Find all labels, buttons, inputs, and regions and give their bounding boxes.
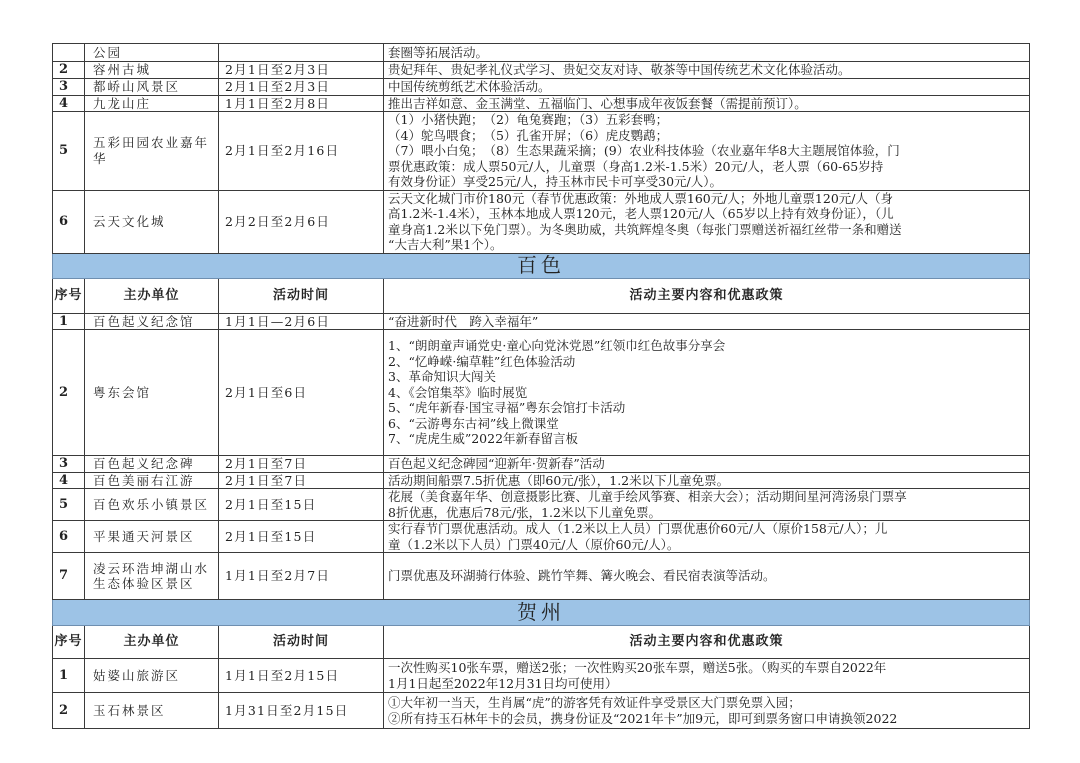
content-cell: 百色起义纪念碑园“迎新年·贺新春”活动 [384,456,1030,473]
content-line: 有效身份证）享受25元/人，持玉林市民卡可享受30元/人）。 [388,174,1025,190]
table-row: 2玉石林景区1月31日至2月15日①大年初一当天，生肖属“虎”的游客凭有效证件享… [53,693,1030,729]
content-line: ①大年初一当天，生肖属“虎”的游客凭有效证件享受景区大门票免票入园； [388,695,1025,711]
row-number: 5 [53,489,85,521]
content-line: 高1.2米-1.4米），玉林本地成人票120元，老人票120元/人（65岁以上持… [388,206,1025,222]
time-cell: 1月31日至2月15日 [219,693,384,729]
row-number: 2 [53,62,85,79]
organizer-cell: 百色起义纪念馆 [85,313,219,330]
content-cell: “奋进新时代 跨入幸福年” [384,313,1030,330]
content-line: 票优惠政策：成人票50元/人，儿童票（身高1.2米-1.5米）20元/人，老人票… [388,159,1025,175]
organizer-cell: 都峤山风景区 [85,79,219,96]
organizer-cell: 云天文化城 [85,190,219,253]
content-line: 一次性购买10张车票，赠送2张；一次性购买20张车票，赠送5张。（购买的车票自2… [388,660,1025,676]
organizer-cell: 平果通天河景区 [85,521,219,553]
organizer-cell: 五彩田园农业嘉年华 [85,112,219,191]
content-line: 童身高1.2米以下免门票）。为冬奥助威，共筑辉煌冬奥（每张门票赠送祈福红丝带一条… [388,222,1025,238]
content-cell: 中国传统剪纸艺术体验活动。 [384,79,1030,96]
table-row: 2粤东会馆2月1日至6日1、“朗朗童声诵党史·童心向党沐党恩”红领巾红色故事分享… [53,330,1030,456]
row-number: 4 [53,95,85,112]
time-cell: 2月1日至2月3日 [219,79,384,96]
time-cell: 1月1日—2月6日 [219,313,384,330]
content-line: 7、“虎虎生威”2022年新春留言板 [388,431,1025,447]
content-line: 中国传统剪纸艺术体验活动。 [388,79,1025,95]
row-number [53,44,85,62]
section-title: 贺州 [53,600,1030,626]
row-number: 2 [53,693,85,729]
time-cell: 2月1日至15日 [219,521,384,553]
content-line: 云天文化城门市价180元（春节优惠政策：外地成人票160元/人；外地儿童票120… [388,191,1025,207]
content-line: “大吉大利”果1个）。 [388,237,1025,253]
content-line: “奋进新时代 跨入幸福年” [388,314,1025,330]
section-banner: 百色 [53,253,1030,278]
row-number: 7 [53,553,85,600]
section-banner: 贺州 [53,600,1030,626]
content-line: 花展（美食嘉年华、创意摄影比赛、儿童手绘风筝赛、相亲大会）；活动期间星河湾汤泉门… [388,489,1025,505]
row-number: 2 [53,330,85,456]
organizer-cell: 姑婆山旅游区 [85,659,219,693]
header-time: 活动时间 [219,278,384,313]
row-number: 5 [53,112,85,191]
organizer-cell: 九龙山庄 [85,95,219,112]
header-number: 序号 [53,278,85,313]
organizer-cell: 粤东会馆 [85,330,219,456]
header-content: 活动主要内容和优惠政策 [384,626,1030,659]
content-line: 5、“虎年新春·国宝寻福”粤东会馆打卡活动 [388,400,1025,416]
organizer-cell: 百色美丽右江游 [85,472,219,489]
row-number: 1 [53,313,85,330]
content-cell: 推出吉祥如意、金玉满堂、五福临门、心想事成年夜饭套餐（需提前预订）。 [384,95,1030,112]
table-row: 5百色欢乐小镇景区2月1日至15日花展（美食嘉年华、创意摄影比赛、儿童手绘风筝赛… [53,489,1030,521]
row-number: 4 [53,472,85,489]
content-line: 1月1日起至2022年12月31日均可使用） [388,676,1025,692]
row-number: 3 [53,456,85,473]
table-row: 3百色起义纪念碑2月1日至7日百色起义纪念碑园“迎新年·贺新春”活动 [53,456,1030,473]
content-line: 2、“忆峥嵘·编草鞋”红色体验活动 [388,354,1025,370]
organizer-cell: 百色起义纪念碑 [85,456,219,473]
content-line: 套圈等拓展活动。 [388,45,1025,61]
table-row: 5五彩田园农业嘉年华2月1日至2月16日（1）小猪快跑； （2）龟兔赛跑；（3）… [53,112,1030,191]
content-cell: （1）小猪快跑； （2）龟兔赛跑；（3）五彩套鸭；（4）鸵鸟喂食； （5）孔雀开… [384,112,1030,191]
organizer-cell: 公园 [85,44,219,62]
time-cell: 2月1日至6日 [219,330,384,456]
content-line: 1、“朗朗童声诵党史·童心向党沐党恩”红领巾红色故事分享会 [388,338,1025,354]
content-line: 8折优惠，优惠后78元/张，1.2米以下儿童免票。 [388,505,1025,521]
table-row: 公园套圈等拓展活动。 [53,44,1030,62]
activities-table: 公园套圈等拓展活动。2容州古城2月1日至2月3日贵妃拜年、贵妃孝礼仪式学习、贵妃… [52,43,1030,729]
organizer-cell: 容州古城 [85,62,219,79]
content-cell: 门票优惠及环湖骑行体验、跳竹竿舞、篝火晚会、看民宿表演等活动。 [384,553,1030,600]
content-cell: 实行春节门票优惠活动。成人（1.2米以上人员）门票优惠价60元/人（原价158元… [384,521,1030,553]
content-line: 门票优惠及环湖骑行体验、跳竹竿舞、篝火晚会、看民宿表演等活动。 [388,568,1025,584]
content-line: 推出吉祥如意、金玉满堂、五福临门、心想事成年夜饭套餐（需提前预订）。 [388,96,1025,112]
table-row: 6云天文化城2月2日至2月6日云天文化城门市价180元（春节优惠政策：外地成人票… [53,190,1030,253]
content-cell: 贵妃拜年、贵妃孝礼仪式学习、贵妃交友对诗、敬茶等中国传统艺术文化体验活动。 [384,62,1030,79]
table-row: 1百色起义纪念馆1月1日—2月6日“奋进新时代 跨入幸福年” [53,313,1030,330]
row-number: 6 [53,190,85,253]
row-number: 1 [53,659,85,693]
content-line: ②所有持玉石林年卡的会员，携身份证及“2021年卡”加9元，即可到票务窗口申请换… [388,711,1025,727]
content-line: 4、《会馆集萃》临时展览 [388,385,1025,401]
table-row: 2容州古城2月1日至2月3日贵妃拜年、贵妃孝礼仪式学习、贵妃交友对诗、敬茶等中国… [53,62,1030,79]
content-cell: 花展（美食嘉年华、创意摄影比赛、儿童手绘风筝赛、相亲大会）；活动期间星河湾汤泉门… [384,489,1030,521]
content-line: 3、革命知识大闯关 [388,369,1025,385]
row-number: 3 [53,79,85,96]
time-cell: 2月1日至7日 [219,456,384,473]
content-cell: ①大年初一当天，生肖属“虎”的游客凭有效证件享受景区大门票免票入园；②所有持玉石… [384,693,1030,729]
time-cell: 1月1日至2月8日 [219,95,384,112]
header-organizer: 主办单位 [85,626,219,659]
table-row: 3都峤山风景区2月1日至2月3日中国传统剪纸艺术体验活动。 [53,79,1030,96]
content-line: 贵妃拜年、贵妃孝礼仪式学习、贵妃交友对诗、敬茶等中国传统艺术文化体验活动。 [388,62,1025,78]
content-line: （7）喂小白兔； （8）生态果蔬采摘；(9）农业科技体验（农业嘉年华8大主题展馆… [388,143,1025,159]
table-row: 1姑婆山旅游区1月1日至2月15日一次性购买10张车票，赠送2张；一次性购买20… [53,659,1030,693]
content-line: （4）鸵鸟喂食； （5）孔雀开屏；（6）虎皮鹦鹉； [388,128,1025,144]
time-cell: 1月1日至2月15日 [219,659,384,693]
time-cell [219,44,384,62]
time-cell: 2月2日至2月6日 [219,190,384,253]
content-cell: 活动期间船票7.5折优惠（即60元/张），1.2米以下儿童免票。 [384,472,1030,489]
section-title: 百色 [53,253,1030,278]
time-cell: 1月1日至2月7日 [219,553,384,600]
time-cell: 2月1日至15日 [219,489,384,521]
header-content: 活动主要内容和优惠政策 [384,278,1030,313]
organizer-cell: 玉石林景区 [85,693,219,729]
organizer-cell: 百色欢乐小镇景区 [85,489,219,521]
content-line: 童（1.2米以下人员）门票40元/人（原价60元/人）。 [388,537,1025,553]
time-cell: 2月1日至7日 [219,472,384,489]
table-row: 7凌云环浩坤湖山水生态体验区景区1月1日至2月7日门票优惠及环湖骑行体验、跳竹竿… [53,553,1030,600]
content-cell: 云天文化城门市价180元（春节优惠政策：外地成人票160元/人；外地儿童票120… [384,190,1030,253]
table-row: 6平果通天河景区2月1日至15日实行春节门票优惠活动。成人（1.2米以上人员）门… [53,521,1030,553]
column-header-row: 序号主办单位活动时间活动主要内容和优惠政策 [53,278,1030,313]
time-cell: 2月1日至2月3日 [219,62,384,79]
content-line: 实行春节门票优惠活动。成人（1.2米以上人员）门票优惠价60元/人（原价158元… [388,521,1025,537]
content-line: （1）小猪快跑； （2）龟兔赛跑；（3）五彩套鸭； [388,112,1025,128]
content-line: 活动期间船票7.5折优惠（即60元/张），1.2米以下儿童免票。 [388,473,1025,489]
header-number: 序号 [53,626,85,659]
time-cell: 2月1日至2月16日 [219,112,384,191]
content-cell: 一次性购买10张车票，赠送2张；一次性购买20张车票，赠送5张。（购买的车票自2… [384,659,1030,693]
organizer-cell: 凌云环浩坤湖山水生态体验区景区 [85,553,219,600]
column-header-row: 序号主办单位活动时间活动主要内容和优惠政策 [53,626,1030,659]
header-organizer: 主办单位 [85,278,219,313]
header-time: 活动时间 [219,626,384,659]
content-cell: 1、“朗朗童声诵党史·童心向党沐党恩”红领巾红色故事分享会2、“忆峥嵘·编草鞋”… [384,330,1030,456]
table-row: 4百色美丽右江游2月1日至7日活动期间船票7.5折优惠（即60元/张），1.2米… [53,472,1030,489]
content-line: 百色起义纪念碑园“迎新年·贺新春”活动 [388,456,1025,472]
row-number: 6 [53,521,85,553]
content-cell: 套圈等拓展活动。 [384,44,1030,62]
tourism-activities-table: 公园套圈等拓展活动。2容州古城2月1日至2月3日贵妃拜年、贵妃孝礼仪式学习、贵妃… [52,43,1029,729]
table-row: 4九龙山庄1月1日至2月8日推出吉祥如意、金玉满堂、五福临门、心想事成年夜饭套餐… [53,95,1030,112]
content-line: 6、“云游粤东古祠”线上微课堂 [388,416,1025,432]
